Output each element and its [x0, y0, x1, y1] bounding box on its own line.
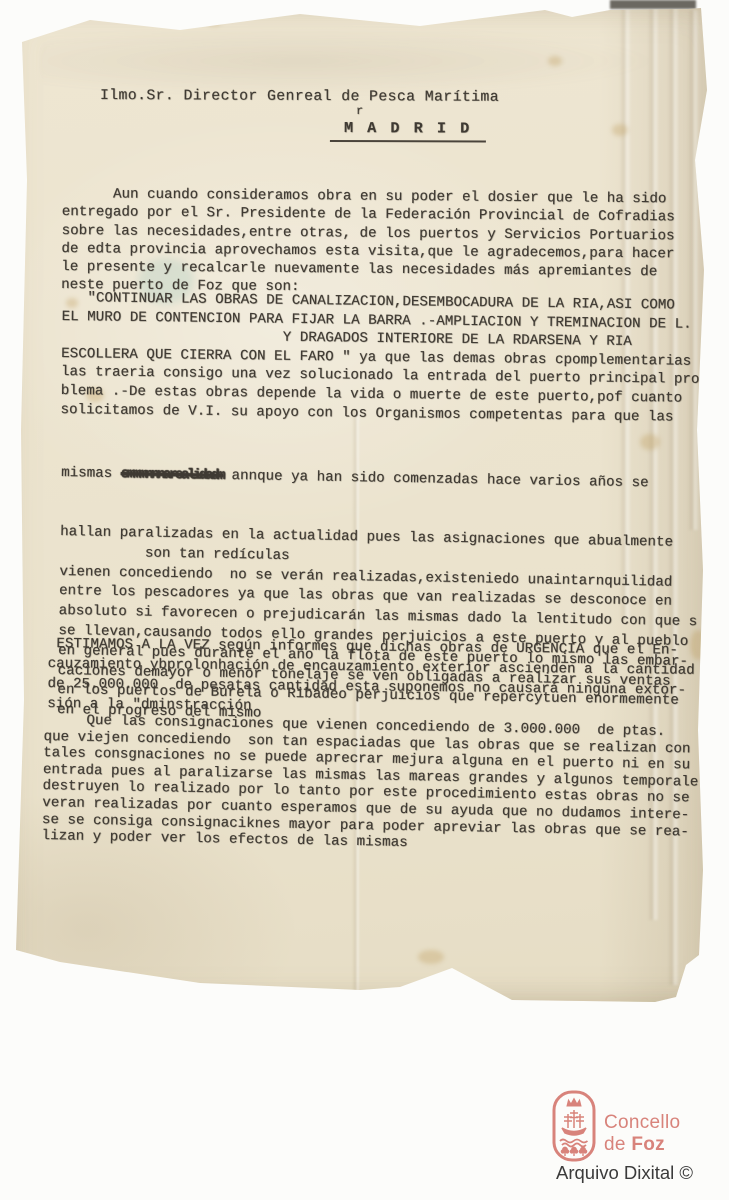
- typewritten-letter: Ilmo.Sr. Director Genreal de Pesca Marít…: [0, 0, 729, 1010]
- concello-de-foz-logo: [552, 1090, 596, 1162]
- ship-icon: [562, 1110, 586, 1135]
- stain: [206, 16, 222, 26]
- paragraph-estimamos: ESTIMAMOS A LA VEZ según informes que di…: [47, 634, 695, 721]
- paragraph-consignaciones: Que las consignaciones que vienen conced…: [41, 712, 699, 857]
- org-name-line1: Concello: [604, 1112, 680, 1134]
- document-paper: Ilmo.Sr. Director Genreal de Pesca Marít…: [0, 0, 729, 1010]
- paragraph-obras: "CONTINUAR LAS OBRAS DE CANALIZACION,DES…: [60, 289, 700, 427]
- city-line: M A D R I D: [330, 119, 486, 143]
- overstruck-word: smmmnnnarealidadm: [121, 466, 224, 484]
- addressee-line: Ilmo.Sr. Director Genreal de Pesca Marít…: [100, 88, 499, 106]
- org-name: Concello de Foz: [604, 1112, 680, 1156]
- madrid-underlined: M A D R I D: [330, 119, 486, 143]
- archive-credit: Arquivo Dixital ©: [556, 1162, 693, 1184]
- torn-edge-shadow: [610, 0, 696, 9]
- trees-icon: [561, 1147, 586, 1156]
- waves-icon: [560, 1140, 588, 1147]
- scanner-background: Ilmo.Sr. Director Genreal de Pesca Marít…: [0, 0, 729, 1200]
- crown-icon: [567, 1099, 581, 1107]
- strike-prefix: mismas: [61, 465, 121, 482]
- line-with-strikeout: mismas smmmnnnarealidadm annque ya han s…: [61, 464, 700, 495]
- paragraph-intro: Aun cuando consideramos obra en su poder…: [61, 185, 675, 300]
- typed-correction-glyph: r: [356, 104, 363, 118]
- org-name-line2: de Foz: [604, 1134, 680, 1156]
- strike-suffix: annque ya han sido comenzadas hace vario…: [223, 467, 649, 490]
